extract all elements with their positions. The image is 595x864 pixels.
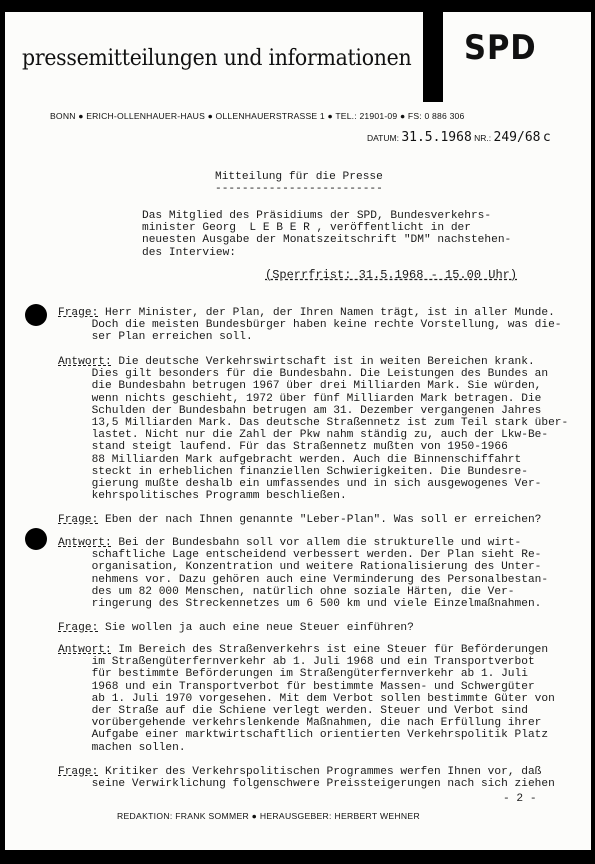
- question-4: Frage: Kritiker des Verkehrspolitischen …: [58, 766, 555, 790]
- nr-value: 249/68: [494, 130, 541, 145]
- answer-3: Antwort: Im Bereich des Straßenverkehrs …: [58, 644, 555, 754]
- nr-suffix: c: [543, 130, 551, 145]
- intro-paragraph: Das Mitglied des Präsidiums der SPD, Bun…: [142, 210, 511, 259]
- question-text: Kritiker des Verkehrspolitischen Program…: [58, 766, 555, 790]
- scan-border-top: [0, 0, 595, 12]
- question-text: Herr Minister, der Plan, der Ihren Namen…: [58, 307, 562, 343]
- address-line: BONN ● ERICH-OLLENHAUER-HAUS ● OLLENHAUE…: [50, 111, 465, 121]
- answer-label: Antwort:: [58, 537, 112, 549]
- question-3: Frage: Sie wollen ja auch eine neue Steu…: [58, 622, 414, 634]
- question-label: Frage:: [58, 514, 98, 526]
- question-text: Eben der nach Ihnen genannte "Leber-Plan…: [98, 514, 541, 526]
- datum-value: 31.5.1968: [401, 130, 471, 145]
- question-text: Sie wollen ja auch eine neue Steuer einf…: [98, 622, 414, 634]
- masthead-divider-bar: [423, 0, 443, 102]
- answer-label: Antwort:: [58, 644, 112, 656]
- question-label: Frage:: [58, 766, 98, 778]
- document-title-block: Mitteilung für die Presse --------------…: [215, 171, 383, 195]
- punch-hole-icon: [25, 528, 47, 550]
- answer-text: Im Bereich des Straßenverkehrs ist eine …: [58, 644, 555, 754]
- datum-label: DATUM:: [367, 133, 399, 143]
- question-label: Frage:: [58, 307, 98, 319]
- answer-1: Antwort: Die deutsche Verkehrswirtschaft…: [58, 356, 568, 502]
- question-1: Frage: Herr Minister, der Plan, der Ihre…: [58, 307, 562, 344]
- question-label: Frage:: [58, 622, 98, 634]
- answer-text: Bei der Bundesbahn soll vor allem die st…: [58, 537, 548, 610]
- date-number-line: DATUM: 31.5.1968 NR.: 249/68 c: [367, 130, 551, 145]
- scan-border-bottom: [0, 850, 595, 864]
- footer-credits: REDAKTION: FRANK SOMMER ● HERAUSGEBER: H…: [117, 811, 420, 821]
- question-2: Frage: Eben der nach Ihnen genannte "Leb…: [58, 514, 541, 526]
- punch-hole-icon: [25, 304, 47, 326]
- nr-label: NR.:: [474, 133, 491, 143]
- page-number: - 2 -: [503, 793, 537, 805]
- masthead-title: pressemitteilungen und informationen: [22, 46, 411, 71]
- answer-text: Die deutsche Verkehrswirtschaft ist in w…: [58, 356, 568, 502]
- embargo-note: (Sperrfrist: 31.5.1968 - 15.00 Uhr): [265, 269, 517, 281]
- answer-2: Antwort: Bei der Bundesbahn soll vor all…: [58, 537, 548, 610]
- spd-logo: SPD: [464, 28, 537, 68]
- document-title: Mitteilung für die Presse: [215, 171, 383, 183]
- answer-label: Antwort:: [58, 356, 112, 368]
- title-underline: -------------------------: [215, 183, 383, 195]
